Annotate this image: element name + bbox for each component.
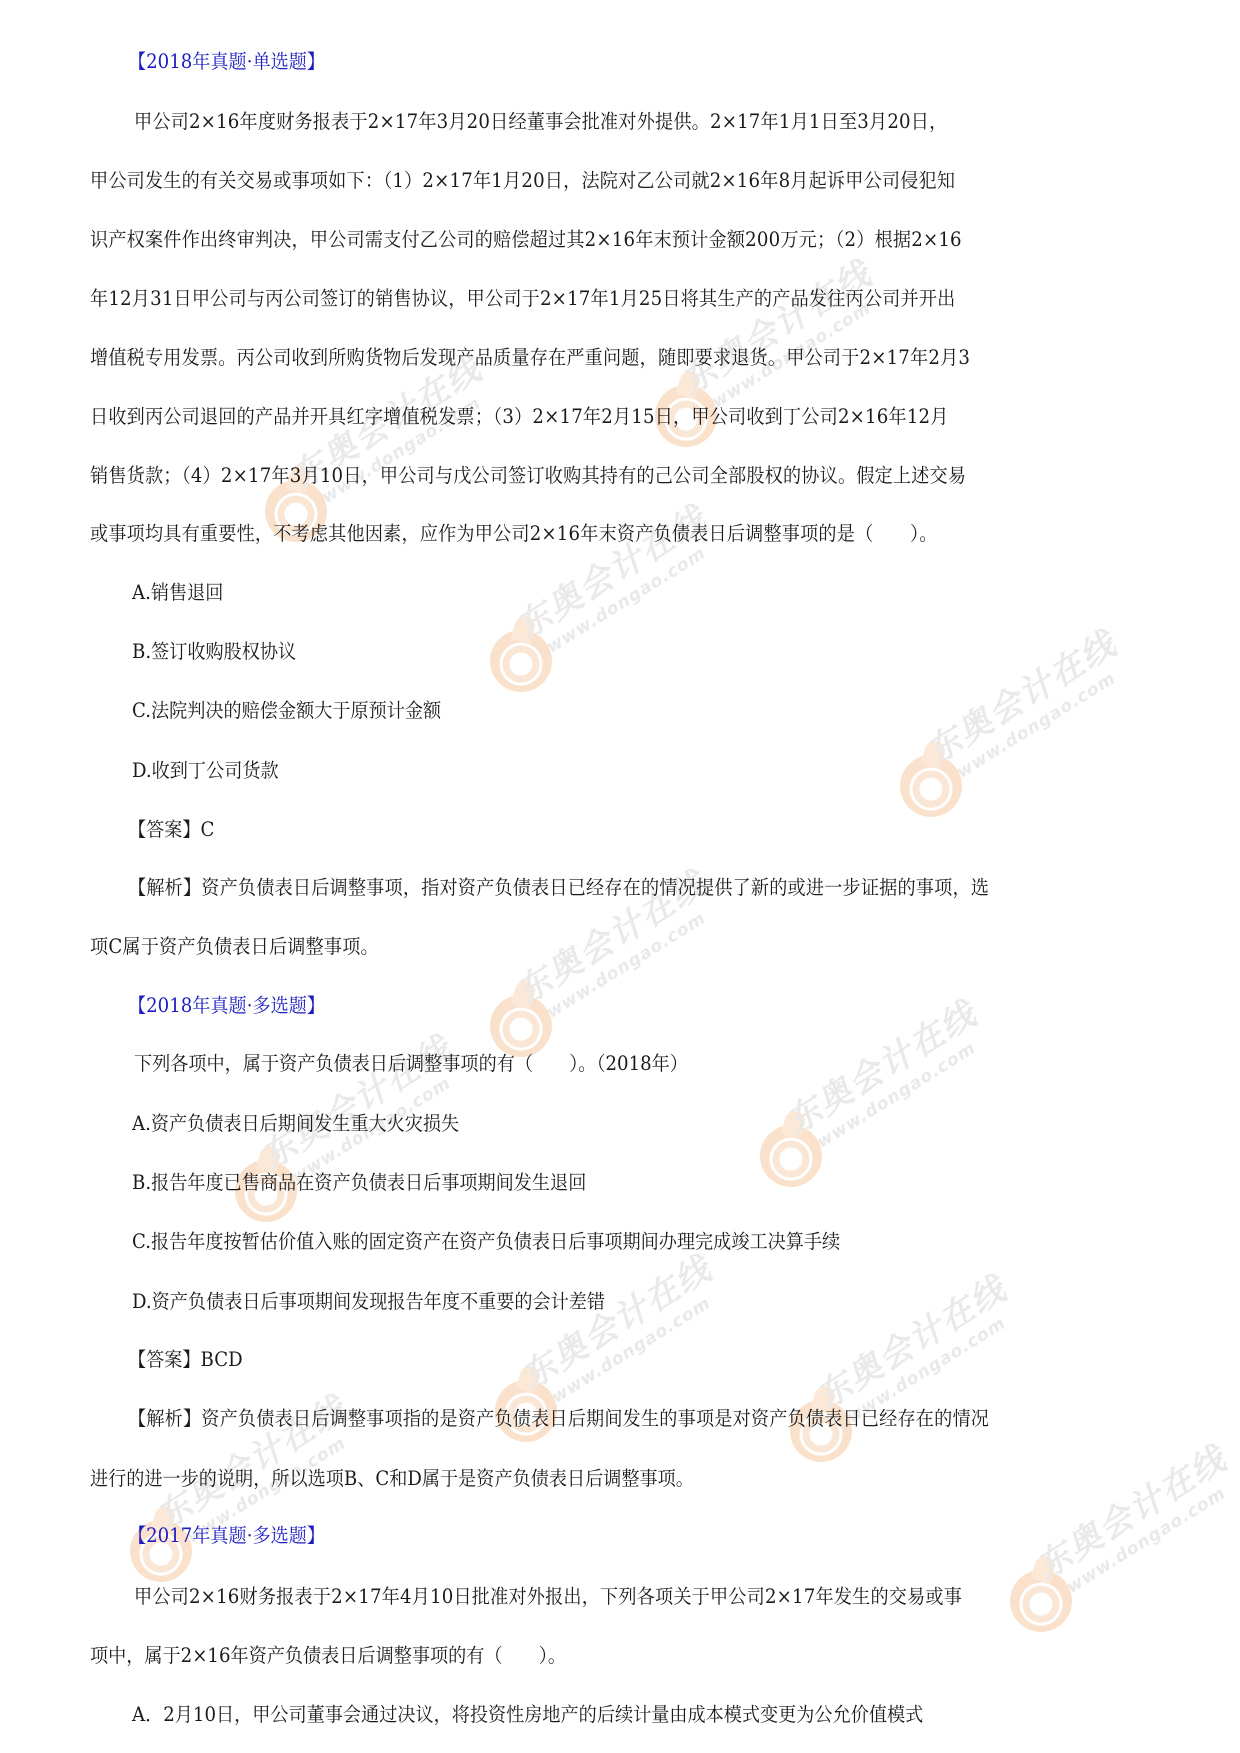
- watermark-logo-icon: [490, 630, 552, 692]
- option-b: B.报告年度已售商品在资产负债表日后事项期间发生退回: [132, 1171, 586, 1195]
- watermark-text: 东奥会计在线: [915, 617, 1124, 773]
- watermark-logo-icon: [1010, 1570, 1072, 1632]
- question-stem-line: 识产权案件作出终审判决，甲公司需支付乙公司的赔偿超过其2×16年末预计金额200…: [90, 228, 962, 252]
- watermark-text: 东奥会计在线: [670, 247, 879, 403]
- watermark: 东奥会计在线www.dongao.com: [490, 955, 750, 1105]
- option-c: C.法院判决的赔偿金额大于原预计金额: [132, 699, 441, 723]
- watermark-url: www.dongao.com: [318, 384, 500, 508]
- watermark: 东奥会计在线www.dongao.com: [490, 590, 750, 740]
- watermark-text: 东奥会计在线: [505, 492, 714, 648]
- watermark-url: www.dongao.com: [543, 899, 725, 1023]
- question-stem-line: 甲公司2×16年度财务报表于2×17年3月20日经董事会批准对外提供。2×17年…: [134, 110, 947, 134]
- watermark-url: www.dongao.com: [543, 534, 725, 658]
- watermark-url: www.dongao.com: [1063, 1474, 1240, 1598]
- watermark: 东奥会计在线www.dongao.com: [790, 1360, 1050, 1510]
- watermark-text: 东奥会计在线: [250, 1022, 459, 1178]
- watermark: 东奥会计在线www.dongao.com: [265, 440, 525, 590]
- question-stem-line: 销售货款；（4）2×17年3月10日，甲公司与戊公司签订收购其持有的己公司全部股…: [90, 464, 966, 488]
- watermark: 东奥会计在线www.dongao.com: [760, 1085, 1020, 1235]
- question-stem-line: 甲公司2×16财务报表于2×17年4月10日批准对外报出，下列各项关于甲公司2×…: [134, 1585, 962, 1609]
- analysis-line: 【解析】资产负债表日后调整事项指的是资产负债表日后期间发生的事项是对资产负债表日…: [128, 1407, 989, 1431]
- option-a: A.销售退回: [132, 581, 223, 605]
- watermark-url: www.dongao.com: [813, 1029, 995, 1153]
- question-heading: 【2018年真题·多选题】: [128, 994, 325, 1018]
- answer: 【答案】BCD: [128, 1348, 243, 1372]
- analysis-line: 【解析】资产负债表日后调整事项，指对资产负债表日已经存在的情况提供了新的或进一步…: [128, 876, 989, 900]
- watermark-text: 东奥会计在线: [510, 1242, 719, 1398]
- watermark: 东奥会计在线www.dongao.com: [1010, 1530, 1240, 1680]
- watermark-logo-icon: [900, 755, 962, 817]
- watermark-logo-icon: [490, 995, 552, 1057]
- question-stem-line: 下列各项中，属于资产负债表日后调整事项的有（ ）。（2018年）: [134, 1052, 688, 1076]
- watermark: 东奥会计在线www.dongao.com: [900, 715, 1160, 865]
- question-stem-line: 项中，属于2×16年资产负债表日后调整事项的有（ ）。: [90, 1644, 566, 1668]
- analysis-line: 项C属于资产负债表日后调整事项。: [90, 935, 379, 959]
- watermark-logo-icon: [760, 1125, 822, 1187]
- option-a: A．2月10日，甲公司董事会通过决议，将投资性房地产的后续计量由成本模式变更为公…: [132, 1703, 923, 1727]
- question-stem-line: 或事项均具有重要性，不考虑其他因素，应作为甲公司2×16年末资产负债表日后调整事…: [90, 522, 938, 546]
- option-d: D.收到丁公司货款: [132, 759, 279, 783]
- question-stem-line: 日收到丙公司退回的产品并开具红字增值税发票；（3）2×17年2月15日，甲公司收…: [90, 405, 949, 429]
- watermark-text: 东奥会计在线: [805, 1262, 1014, 1418]
- option-d: D.资产负债表日后事项期间发现报告年度不重要的会计差错: [132, 1290, 605, 1314]
- question-stem-line: 甲公司发生的有关交易或事项如下：（1）2×17年1月20日，法院对乙公司就2×1…: [90, 169, 955, 193]
- answer: 【答案】C: [128, 818, 214, 842]
- option-a: A.资产负债表日后期间发生重大火灾损失: [132, 1112, 459, 1136]
- question-stem-line: 增值税专用发票。丙公司收到所购货物后发现产品质量存在严重问题，随即要求退货。甲公…: [90, 346, 970, 370]
- analysis-line: 进行的进一步的说明，所以选项B、C和D属于是资产负债表日后调整事项。: [90, 1467, 694, 1491]
- option-c: C.报告年度按暂估价值入账的固定资产在资产负债表日后事项期间办理完成竣工决算手续: [132, 1230, 840, 1254]
- watermark-text: 东奥会计在线: [775, 987, 984, 1143]
- question-heading: 【2018年真题·单选题】: [128, 50, 325, 74]
- watermark-text: 东奥会计在线: [1025, 1432, 1234, 1588]
- question-stem-line: 年12月31日甲公司与丙公司签订的销售协议，甲公司于2×17年1月25日将其生产…: [90, 287, 955, 311]
- question-heading: 【2017年真题·多选题】: [128, 1524, 325, 1548]
- option-b: B.签订收购股权协议: [132, 640, 296, 664]
- watermark-url: www.dongao.com: [953, 659, 1135, 783]
- watermark-text: 东奥会计在线: [145, 1382, 354, 1538]
